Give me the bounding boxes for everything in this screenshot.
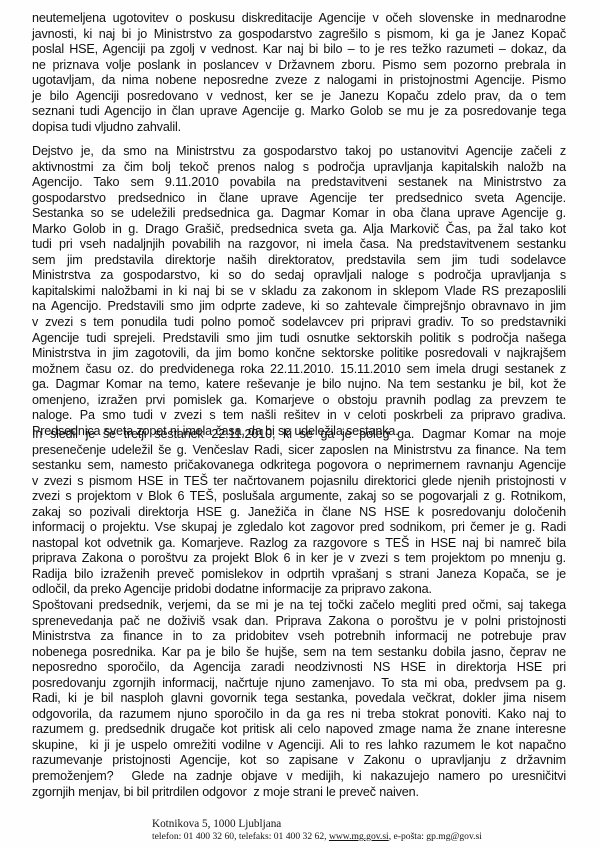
text-line: v zvezi s tem ponudila tudi polno pomoč … [32, 315, 566, 331]
paragraph-1: neutemeljena ugotovitev o poskusu diskre… [32, 11, 566, 135]
text-line: nastopal kot odvetnik ga. Komarjeve. Raz… [32, 536, 566, 552]
text-line: neposredno sporočilo, da Agencija zaradi… [32, 660, 566, 676]
text-line: aktivnostmi za čim bolj tekoč prenos nal… [32, 160, 566, 176]
text-line: In sledil je še tretji sestanek 22.11.20… [32, 427, 566, 443]
document-page: neutemeljena ugotovitev o poskusu diskre… [0, 0, 600, 848]
paragraph-4: Spoštovani predsednik, verjemi, da se mi… [32, 598, 566, 800]
text-line: poslal HSE, Agenciji pa zgolj v vednost.… [32, 42, 566, 58]
text-line: seznani tudi Agencijo in član uprave Age… [32, 104, 566, 120]
footer-phone: telefon: 01 400 32 60, telefaks: 01 400 … [152, 831, 329, 842]
text-line: kapitalskimi naložbami in ki naj bi se v… [32, 284, 566, 300]
letterhead-footer: Kotnikova 5, 1000 Ljubljana telefon: 01 … [152, 818, 482, 843]
text-line: dopisa tudi vljudno zahvalil. [32, 120, 566, 136]
footer-address: Kotnikova 5, 1000 Ljubljana [152, 818, 482, 831]
text-line: odločil, da preko Agencije pridobi dodat… [32, 582, 566, 598]
text-line: Ministrstva za finance in to za pridobit… [32, 629, 566, 645]
paragraph-2: Dejstvo je, da smo na Ministrstvu za gos… [32, 144, 566, 439]
text-line: Marko Golob in g. Drago Grašič, predsedn… [32, 222, 566, 238]
text-line: ga. Dagmar Komar na temo, katere reševan… [32, 377, 566, 393]
text-line: na Agencijo. Predstavili smo jim odprte … [32, 299, 566, 315]
text-line: presenečenje udeležil še g. Venčeslav Ra… [32, 443, 566, 459]
text-line: zvezi s projektom v Blok 6 TEŠ, poslušal… [32, 489, 566, 505]
text-line: odgovorila, da razumem njuno sporočilo i… [32, 707, 566, 723]
text-line: informacij o projektu. Vse skupaj je zgl… [32, 520, 566, 536]
text-line: v zvezi s pismom HSE in TEŠ ter načrtova… [32, 474, 566, 490]
text-line: ugotavljam, da nima nobene neposredne zv… [32, 73, 566, 89]
text-line: Spoštovani predsednik, verjemi, da se mi… [32, 598, 566, 614]
text-line: Agencije tudi sprejeli. Predstavili smo … [32, 331, 566, 347]
text-line: javnosti, ki naj bi jo Ministrstvo za go… [32, 27, 566, 43]
text-line: gospodarstvo predsednico in člane uprave… [32, 191, 566, 207]
text-line: naloge. Pa smo tudi v zvezi s tem našli … [32, 408, 566, 424]
text-line: neutemeljena ugotovitev o poskusu diskre… [32, 11, 566, 27]
text-line: Sestanka so se udeležili predsednica ga.… [32, 206, 566, 222]
footer-contact: telefon: 01 400 32 60, telefaks: 01 400 … [152, 831, 482, 843]
text-line: premoženjem? Glede na zadnje objave v me… [32, 769, 566, 785]
text-line: sem jim predstavila direktorje naših dir… [32, 253, 566, 269]
text-line: možnem času oz. do predvidenega roka 22.… [32, 362, 566, 378]
footer-email: , e-pošta: gp.mg@gov.si [389, 831, 482, 842]
text-line: razumem g. predsednik drugače kot pritis… [32, 722, 566, 738]
text-line: razumevanje pristojnosti Agencije, kot s… [32, 753, 566, 769]
text-line: zgornjih menjav, bi bil pritrdilen odgov… [32, 785, 566, 801]
paragraph-3: In sledil je še tretji sestanek 22.11.20… [32, 427, 566, 598]
text-line: zakaj so pozivali direktorja HSE g. Jane… [32, 505, 566, 521]
text-line: Radi, ki je bil nasploh glavni govornik … [32, 691, 566, 707]
text-line: Agencijo. Tako sem 9.11.2010 povabila na… [32, 175, 566, 191]
text-line: skupine, ki ji je uspelo omrežiti vodiln… [32, 738, 566, 754]
text-line: posredovanju zgornjih informacij, načrtu… [32, 676, 566, 692]
website-link[interactable]: www.mg.gov.si [329, 831, 389, 842]
text-line: tudi pri vseh nadaljnjih povabilih na ra… [32, 237, 566, 253]
text-line: sestanku sem, namesto pričakovanega odkr… [32, 458, 566, 474]
text-line: nobenega posrednika. Kar pa je bilo še h… [32, 645, 566, 661]
text-line: Dejstvo je, da smo na Ministrstvu za gos… [32, 144, 566, 160]
text-line: Ministrstva in jim zagotovili, da jim bo… [32, 346, 566, 362]
text-line: Radija bilo izraženih preveč pomislekov … [32, 567, 566, 583]
text-line: priprava Zakona o poroštvu za projekt Bl… [32, 551, 566, 567]
text-line: omenjeno, izražen prvi pomislek ga. Koma… [32, 393, 566, 409]
text-line: sprenevedanja pač ne doživiš vsak dan. P… [32, 614, 566, 630]
text-line: je bilo Agenciji posredovano v vednost, … [32, 89, 566, 105]
text-line: Ministrstva za gospodarstvo, ki so do se… [32, 268, 566, 284]
text-line: ne priznava volje poslank in poslancev v… [32, 58, 566, 74]
